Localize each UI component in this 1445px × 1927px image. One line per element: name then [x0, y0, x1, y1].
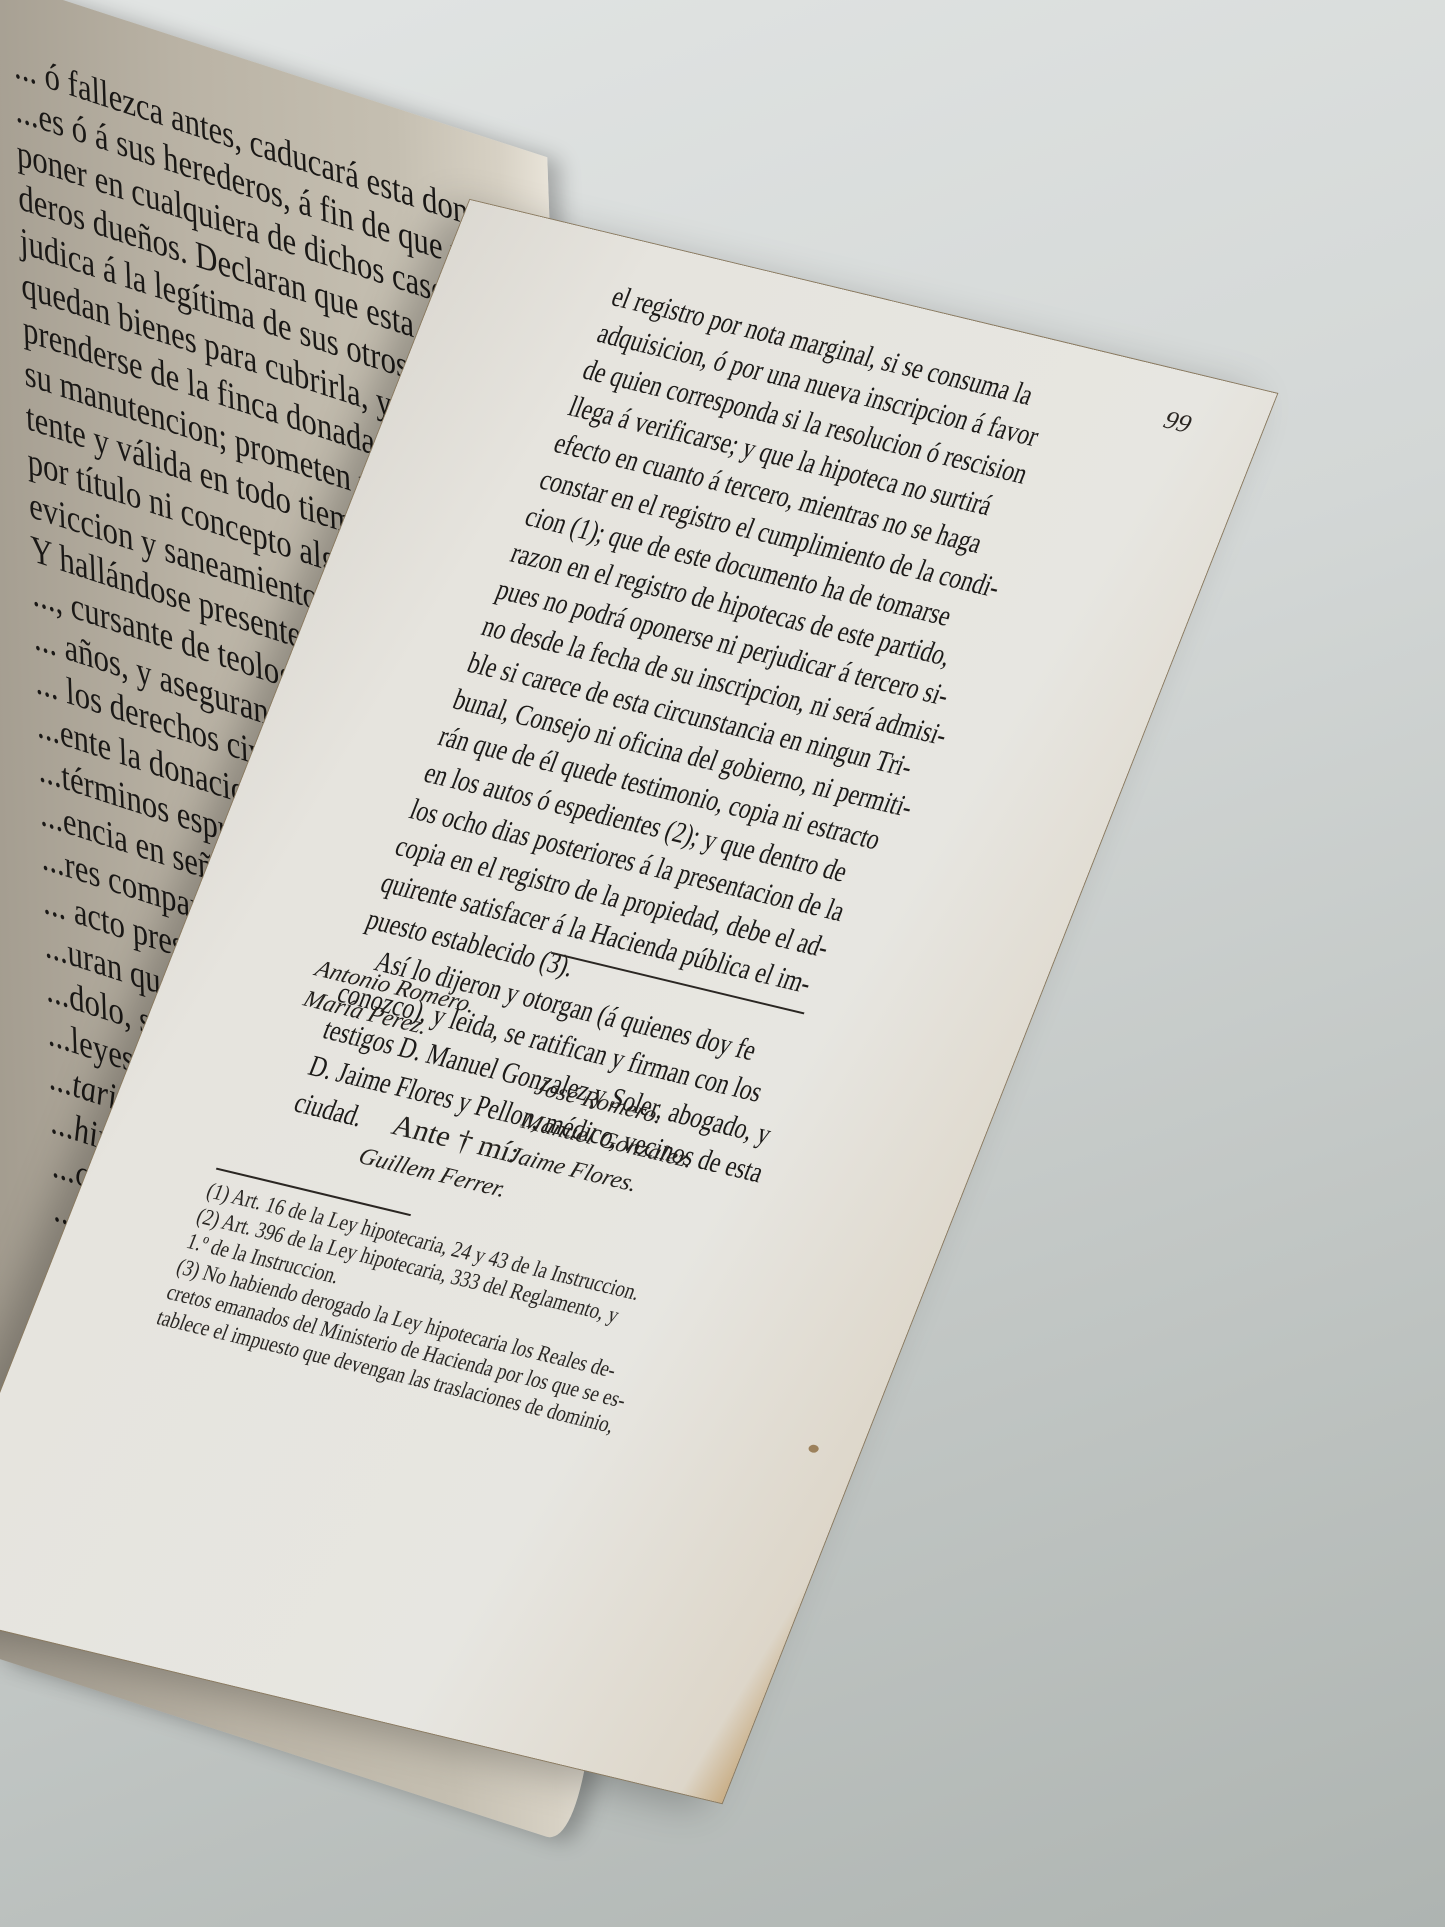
footnote-marker: (3): [173, 1254, 204, 1283]
foxing-spot: [807, 1444, 820, 1454]
cross-icon: †: [451, 1124, 478, 1159]
page-number: 99: [1159, 405, 1195, 439]
right-page-body: el registro por nota marginal, si se con…: [289, 277, 1068, 1227]
footnotes: (1) Art. 16 de la Ley hipotecaria, 24 y …: [153, 1177, 739, 1456]
